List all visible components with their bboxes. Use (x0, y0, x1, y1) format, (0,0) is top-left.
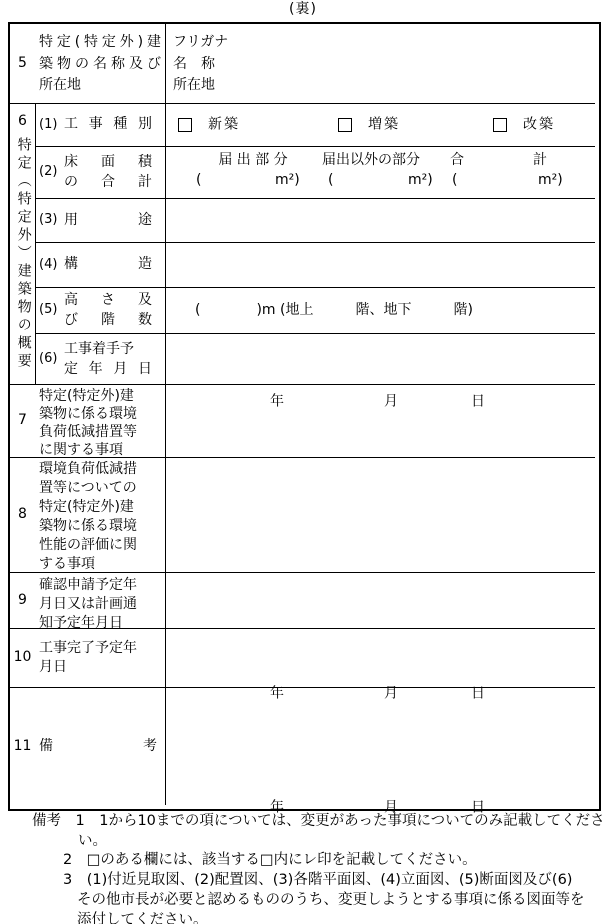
form-page: (裏) 5 特定(特定外)建築物の名称及び所在地 フリガナ名 称所在地 6 特定… (0, 0, 606, 924)
checkbox-new-construction[interactable] (178, 118, 192, 132)
other-part-header: 届出以外の部分 (322, 152, 420, 169)
row7-header-cell: 7 特定(特定外)建築物に係る環境負荷低減措置等に関する事項 (10, 384, 165, 457)
environmental-measures-label: 特定(特定外)建築物に係る環境負荷低減措置等に関する事項 (39, 387, 145, 459)
sub4-number: (4) (39, 257, 61, 273)
row5-number: 5 (10, 24, 35, 103)
page-title: (裏) (0, 1, 606, 18)
checkbox-alteration[interactable] (493, 118, 507, 132)
sub3-number: (3) (39, 212, 61, 228)
checkbox-extension[interactable] (338, 118, 352, 132)
usage-label: 用途 (64, 212, 152, 229)
remarks-label: 備考 (39, 738, 157, 755)
height-floors-label: 高さ及び階数 (64, 290, 152, 330)
paren-open-1: ( (196, 172, 201, 189)
main-table: 5 特定(特定外)建築物の名称及び所在地 フリガナ名 称所在地 6 特定（特定外… (8, 22, 601, 811)
sub2-number: (2) (39, 164, 61, 180)
construction-type-label: 工事種別 (64, 116, 152, 133)
row6-section-header: 6 特定（特定外）建築物の概要 (10, 103, 35, 384)
floor-area-label-cell: (2) 床面積の合計 (35, 146, 165, 198)
remarks-field[interactable] (165, 687, 595, 805)
start-date-label-cell: (6) 工事着手予定年月日 (35, 333, 165, 384)
row8-header-cell: 8 環境負荷低減措置等についての特定(特定外)建築物に係る環境性能の評価に関する… (10, 457, 165, 572)
row6-number: 6 (10, 113, 35, 130)
performance-evaluation-label: 環境負荷低減措置等についての特定(特定外)建築物に係る環境性能の評価に関する事項 (39, 460, 145, 574)
height-floors-template: ( )m (地上 階、地下 階) (165, 302, 473, 319)
row11-number: 11 (10, 687, 35, 805)
performance-evaluation-field[interactable] (165, 457, 595, 572)
floor-area-units: ( m²) ( m²) ( m²) (165, 172, 595, 192)
completion-date-label: 工事完了予定年月日 (39, 628, 145, 687)
sub5-number: (5) (39, 302, 61, 318)
sqm-unit-3: m²) (538, 172, 563, 189)
row10-number: 10 (10, 628, 35, 687)
row7-number: 7 (10, 384, 35, 457)
footer-notes: 備考 1 1から10までの項については、変更があった事項についてのみ記載してくだ… (0, 812, 606, 924)
structure-label-cell: (4) 構造 (35, 242, 165, 287)
row10-header-cell: 10 工事完了予定年月日 (10, 628, 165, 687)
row5-label: 特定(特定外)建築物の名称及び所在地 (39, 32, 161, 97)
construction-type-label-cell: (1) 工事種別 (35, 103, 165, 146)
floor-area-headers: 届 出 部 分 届出以外の部分 合 計 (165, 152, 595, 172)
row8-number: 8 (10, 457, 35, 572)
structure-field[interactable] (165, 242, 595, 287)
sqm-unit-1: m²) (275, 172, 300, 189)
construction-type-options: 新築 増築 改築 (165, 103, 595, 146)
notified-part-header: 届 出 部 分 (218, 152, 287, 169)
paren-open-2: ( (328, 172, 333, 189)
usage-label-cell: (3) 用途 (35, 198, 165, 242)
new-construction-label: 新築 (208, 116, 240, 133)
floor-area-field[interactable]: 届 出 部 分 届出以外の部分 合 計 ( m²) ( m²) ( m²) (165, 146, 595, 198)
sub6-number: (6) (39, 351, 61, 367)
total-header-2: 計 (533, 152, 547, 169)
extension-label: 増築 (368, 116, 400, 133)
alteration-label: 改築 (523, 116, 555, 133)
confirmation-application-date-label: 確認申請予定年月日又は計画通知予定年月日 (39, 576, 145, 633)
sub1-number: (1) (39, 117, 61, 133)
sqm-unit-2: m²) (408, 172, 433, 189)
paren-open-3: ( (452, 172, 457, 189)
building-name-address-field[interactable]: フリガナ名 称所在地 (165, 24, 595, 103)
height-floors-label-cell: (5) 高さ及び階数 (35, 287, 165, 333)
row6-side-label: 特定（特定外）建築物の概要 (15, 137, 32, 371)
row9-number: 9 (10, 572, 35, 628)
structure-label: 構造 (64, 256, 152, 273)
height-floors-field[interactable]: ( )m (地上 階、地下 階) (165, 287, 595, 333)
row11-header-cell: 11 備考 (10, 687, 165, 805)
row5-header-cell: 5 特定(特定外)建築物の名称及び所在地 (10, 24, 165, 103)
environmental-measures-field[interactable] (165, 384, 595, 457)
start-date-label: 工事着手予定年月日 (64, 339, 152, 379)
floor-area-label: 床面積の合計 (64, 152, 152, 192)
usage-field[interactable] (165, 198, 595, 242)
total-header-1: 合 (450, 152, 464, 169)
row9-header-cell: 9 確認申請予定年月日又は計画通知予定年月日 (10, 572, 165, 628)
